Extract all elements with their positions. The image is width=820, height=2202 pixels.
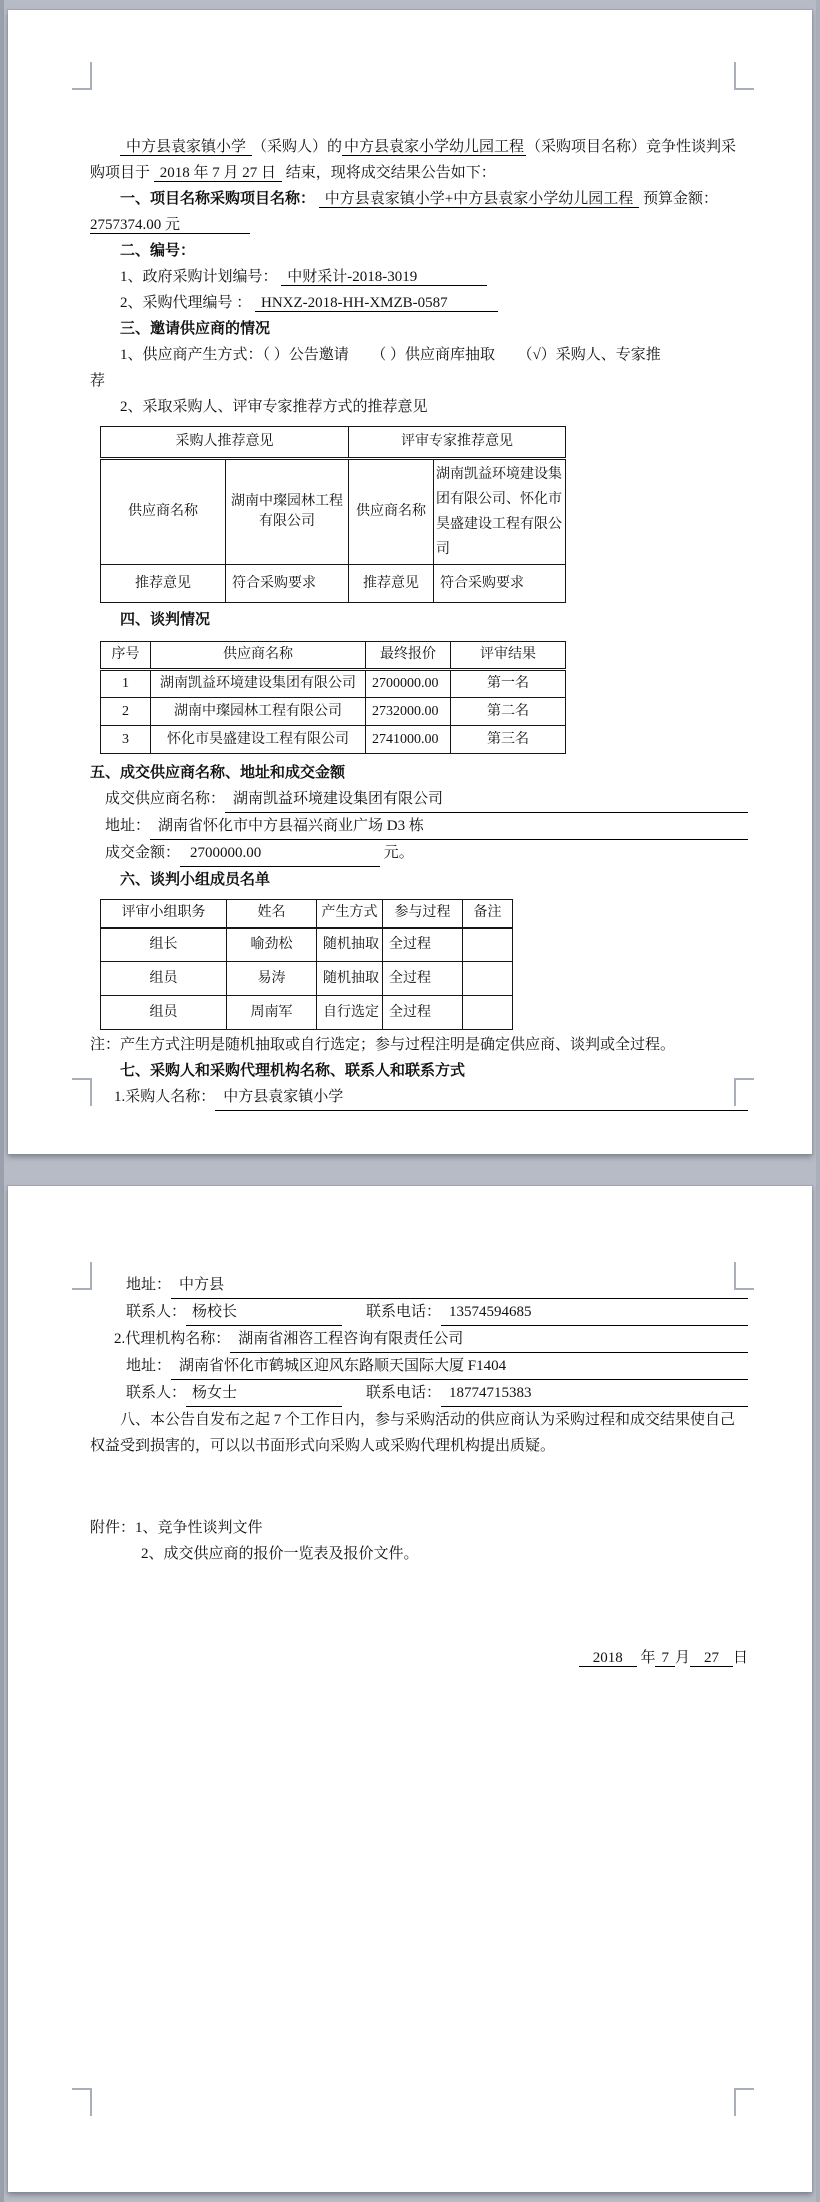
signature-date-line: 2018 年7月27日 (90, 1645, 748, 1671)
table-cell: 全过程 (383, 962, 463, 996)
buyer-address-label: 地址： (126, 1272, 171, 1298)
section6-heading: 六、谈判小组成员名单 (120, 867, 748, 893)
table-cell: 自行选定 (317, 996, 383, 1030)
table-row: 2 湖南中璨园林工程有限公司 2732000.00 第二名 (101, 698, 566, 726)
table-cell: 备注 (463, 900, 513, 928)
intro-text-1: （采购人）的 (252, 139, 342, 155)
spacer (90, 1459, 748, 1515)
agency-name-value-underlined: 湖南省湘咨工程咨询有限责任公司 (230, 1326, 748, 1353)
agency-contact-label: 联系人： (126, 1380, 186, 1406)
table-cell: 随机抽取 (317, 962, 383, 996)
date-month-underlined: 7 (655, 1650, 675, 1667)
crop-mark-top-left (72, 1262, 92, 1290)
section1-heading: 一、项目名称采购项目名称： (120, 191, 315, 207)
buyer-name-label: 1.采购人名称： (114, 1084, 215, 1110)
attachment-line-1: 附件：1、竞争性谈判文件 (90, 1515, 748, 1541)
page1-content: 中方县袁家镇小学（采购人）的中方县袁家小学幼儿园工程（采购项目名称）竞争性谈判采… (90, 134, 748, 1111)
table-cell: 湖南凯益环境建设集团有限公司、怀化市昊盛建设工程有限公司 (434, 459, 566, 565)
table-cell: 易涛 (227, 962, 317, 996)
table-cell: 推荐意见 (101, 565, 226, 603)
table-cell: 2700000.00 (366, 670, 451, 698)
plan-number-value-underlined: 中财采计-2018-3019 (281, 269, 487, 286)
table-cell: 供应商名称 (101, 459, 226, 565)
table-cell: 评审专家推荐意见 (349, 427, 566, 459)
recommendation-table: 采购人推荐意见 评审专家推荐意见 供应商名称 湖南中璨园林工程有限公司 供应商名… (100, 426, 566, 603)
table-cell: 2732000.00 (366, 698, 451, 726)
winner-name-line: 成交供应商名称：湖南凯益环境建设集团有限公司 (105, 786, 748, 813)
table-cell: 第三名 (451, 726, 566, 754)
plan-number-line: 1、政府采购计划编号： 中财采计-2018-3019 (120, 264, 748, 290)
table-cell: 3 (101, 726, 151, 754)
table-cell: 湖南凯益环境建设集团有限公司 (151, 670, 366, 698)
section2-heading: 二、编号： (120, 238, 748, 264)
left-edge-strip (0, 0, 4, 2202)
crop-mark-bottom-right (734, 2088, 754, 2116)
team-note-line: 注：产生方式注明是随机抽取或自行选定；参与过程注明是确定供应商、谈判或全过程。 (90, 1032, 748, 1058)
page2-content: 地址：中方县 联系人：杨校长联系电话：13574594685 2.代理机构名称：… (90, 1272, 748, 1671)
table-cell: 怀化市昊盛建设工程有限公司 (151, 726, 366, 754)
table-cell: 采购人推荐意见 (101, 427, 349, 459)
table-cell: 组员 (101, 962, 227, 996)
intro-paragraph: 中方县袁家镇小学（采购人）的中方县袁家小学幼儿园工程（采购项目名称）竞争性谈判采… (90, 134, 748, 186)
date-day-underlined: 27 (690, 1650, 733, 1667)
agency-name-line: 2.代理机构名称：湖南省湘咨工程咨询有限责任公司 (114, 1326, 748, 1353)
table-cell: 湖南中璨园林工程有限公司 (226, 459, 349, 565)
table-cell: 全过程 (383, 996, 463, 1030)
table-cell: 2741000.00 (366, 726, 451, 754)
winner-address-value-underlined: 湖南省怀化市中方县福兴商业广场 D3 栋 (150, 813, 748, 840)
table-cell: 周南军 (227, 996, 317, 1030)
winner-address-line: 地址：湖南省怀化市中方县福兴商业广场 D3 栋 (105, 813, 748, 840)
table-cell: 供应商名称 (151, 642, 366, 670)
document-page-1: 中方县袁家镇小学（采购人）的中方县袁家小学幼儿园工程（采购项目名称）竞争性谈判采… (8, 10, 812, 1154)
table-cell: 最终报价 (366, 642, 451, 670)
recommendation-intro-line: 2、采取采购人、评审专家推荐方式的推荐意见 (120, 394, 748, 420)
table-row: 供应商名称 湖南中璨园林工程有限公司 供应商名称 湖南凯益环境建设集团有限公司、… (101, 459, 566, 565)
table-cell: 第一名 (451, 670, 566, 698)
date-month-unit: 月 (675, 1650, 690, 1666)
agency-address-line: 地址：湖南省怀化市鹤城区迎风东路顺天国际大厦 F1404 (126, 1353, 748, 1380)
table-cell: 组员 (101, 996, 227, 1030)
buyer-address-value-underlined: 中方县 (171, 1272, 748, 1299)
table-cell: 组长 (101, 928, 227, 962)
buyer-contact-value-underlined: 杨校长 (186, 1299, 342, 1326)
table-row: 采购人推荐意见 评审专家推荐意见 (101, 427, 566, 459)
table-row: 组员 周南军 自行选定 全过程 (101, 996, 513, 1030)
table-row: 序号 供应商名称 最终报价 评审结果 (101, 642, 566, 670)
spacer (90, 1567, 748, 1645)
table-cell: 符合采购要求 (226, 565, 349, 603)
table-row: 推荐意见 符合采购要求 推荐意见 符合采购要求 (101, 565, 566, 603)
agency-name-label: 2.代理机构名称： (114, 1326, 230, 1352)
table-cell (463, 962, 513, 996)
section7-heading: 七、采购人和采购代理机构名称、联系人和联系方式 (120, 1058, 748, 1084)
table-row: 评审小组职务 姓名 产生方式 参与过程 备注 (101, 900, 513, 928)
document-page-2: 地址：中方县 联系人：杨校长联系电话：13574594685 2.代理机构名称：… (8, 1186, 812, 2192)
table-row: 组员 易涛 随机抽取 全过程 (101, 962, 513, 996)
winner-address-label: 地址： (105, 813, 150, 839)
table-cell: 评审小组职务 (101, 900, 227, 928)
table-cell: 产生方式 (317, 900, 383, 928)
winner-name-value-underlined: 湖南凯益环境建设集团有限公司 (225, 786, 748, 813)
date-day-unit: 日 (733, 1650, 748, 1666)
section3-heading: 三、邀请供应商的情况 (120, 316, 748, 342)
crop-mark-bottom-left (72, 2088, 92, 2116)
buyer-contact-label: 联系人： (126, 1299, 186, 1325)
agency-contact-value-underlined: 杨女士 (186, 1380, 342, 1407)
intro-text-3: 结束，现将成交结果公告如下： (286, 165, 496, 181)
section8-paragraph: 八、本公告自发布之起 7 个工作日内，参与采购活动的供应商认为采购过程和成交结果… (90, 1407, 748, 1459)
agent-number-line: 2、采购代理编号 ： HNXZ-2018-HH-XMZB-0587 (120, 290, 748, 316)
buyer-name-underlined: 中方县袁家镇小学 (120, 139, 252, 156)
project-name-underlined: 中方县袁家小学幼儿园工程 (342, 139, 526, 156)
buyer-name-value-underlined: 中方县袁家镇小学 (215, 1084, 748, 1111)
deal-amount-unit: 元。 (384, 845, 414, 861)
date-year-unit: 年 (640, 1650, 655, 1666)
budget-value-underlined: 2757374.00 元 (90, 217, 250, 234)
buyer-phone-label: 联系电话： (366, 1299, 441, 1325)
agency-phone-label: 联系电话： (366, 1380, 441, 1406)
table-cell: 序号 (101, 642, 151, 670)
date-year-underlined: 2018 (579, 1650, 637, 1667)
agent-number-value-underlined: HNXZ-2018-HH-XMZB-0587 (255, 295, 498, 312)
agent-number-label: 2、采购代理编号 ： (120, 295, 251, 311)
table-cell: 符合采购要求 (434, 565, 566, 603)
table-cell: 喻劲松 (227, 928, 317, 962)
table-cell: 1 (101, 670, 151, 698)
deal-amount-line: 成交金额：2700000.00 元。 (105, 840, 748, 867)
section4-heading: 四、谈判情况 (120, 607, 748, 633)
table-cell: 湖南中璨园林工程有限公司 (151, 698, 366, 726)
negotiation-table: 序号 供应商名称 最终报价 评审结果 1 湖南凯益环境建设集团有限公司 2700… (100, 641, 566, 754)
plan-number-label: 1、政府采购计划编号： (120, 269, 278, 285)
desktop-background: { "colors": { "desk_bg": "#b7bbc5", "pag… (0, 0, 820, 2202)
attachment-line-2: 2、成交供应商的报价一览表及报价文件。 (141, 1541, 748, 1567)
deal-amount-label: 成交金额： (105, 845, 180, 861)
table-cell: 2 (101, 698, 151, 726)
buyer-contact-line: 联系人：杨校长联系电话：13574594685 (126, 1299, 748, 1326)
crop-mark-top-right (734, 62, 754, 90)
table-cell: 第二名 (451, 698, 566, 726)
winner-name-label: 成交供应商名称： (105, 786, 225, 812)
deal-amount-value-underlined: 2700000.00 (180, 840, 380, 867)
budget-label: 预算金额： (643, 191, 718, 207)
table-cell: 推荐意见 (349, 565, 434, 603)
section5-heading: 五、成交供应商名称、地址和成交金额 (90, 760, 748, 786)
agency-address-label: 地址： (126, 1353, 171, 1379)
crop-mark-top-left (72, 62, 92, 90)
table-cell: 全过程 (383, 928, 463, 962)
table-row: 组长 喻劲松 随机抽取 全过程 (101, 928, 513, 962)
supplier-source-line-1: 1、供应商产生方式：（ ）公告邀请 （ ）供应商库抽取 （√）采购人、专家推 (120, 342, 748, 368)
table-cell: 随机抽取 (317, 928, 383, 962)
buyer-address-line: 地址：中方县 (126, 1272, 748, 1299)
agency-address-value-underlined: 湖南省怀化市鹤城区迎风东路顺天国际大厦 F1404 (171, 1353, 748, 1380)
crop-mark-bottom-left (72, 1078, 92, 1106)
table-cell: 评审结果 (451, 642, 566, 670)
section1-paragraph: 一、项目名称采购项目名称： 中方县袁家镇小学+中方县袁家小学幼儿园工程 预算金额… (90, 186, 748, 238)
table-cell (463, 928, 513, 962)
table-cell: 参与过程 (383, 900, 463, 928)
table-cell: 供应商名称 (349, 459, 434, 565)
buyer-phone-value-underlined: 13574594685 (441, 1299, 748, 1326)
team-table: 评审小组职务 姓名 产生方式 参与过程 备注 组长 喻劲松 随机抽取 全过程 组… (100, 899, 513, 1030)
table-row: 1 湖南凯益环境建设集团有限公司 2700000.00 第一名 (101, 670, 566, 698)
right-edge-strip (816, 0, 820, 2202)
agency-contact-line: 联系人：杨女士联系电话：18774715383 (126, 1380, 748, 1407)
close-date-underlined: 2018 年 7 月 27 日 (154, 165, 282, 182)
project-title-underlined: 中方县袁家镇小学+中方县袁家小学幼儿园工程 (319, 191, 639, 208)
supplier-source-line-2: 荐 (90, 368, 748, 394)
buyer-name-line: 1.采购人名称：中方县袁家镇小学 (114, 1084, 748, 1111)
table-cell: 姓名 (227, 900, 317, 928)
agency-phone-value-underlined: 18774715383 (441, 1380, 748, 1407)
table-row: 3 怀化市昊盛建设工程有限公司 2741000.00 第三名 (101, 726, 566, 754)
table-cell (463, 996, 513, 1030)
